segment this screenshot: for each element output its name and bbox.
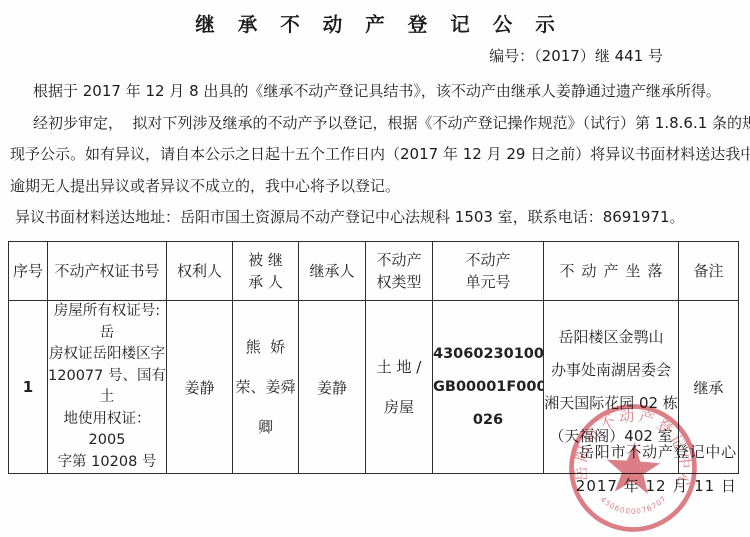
cell-right-holder: 姜静: [167, 301, 233, 474]
col-header-remark: 备注: [679, 242, 739, 301]
cell-decedent: 熊 娇 荣、姜舜 卿: [233, 301, 299, 474]
issue-date: 2017 年 12 月 11 日: [576, 475, 737, 496]
cell-unit-no: 430602301002 GB00001F00010 026: [433, 301, 544, 474]
cell-right-type: 土 地 / 房屋: [366, 301, 433, 474]
col-header-location: 不动产坐落: [544, 242, 679, 301]
col-header-unit-no: 不动产 单元号: [433, 242, 544, 301]
page-title: 继承不动产登记公示: [0, 10, 750, 40]
registration-table: 序号 不动产权证书号 权利人 被 继 承 人 继承人 不动产 权类型 不动产 单…: [8, 241, 739, 474]
document-number: 编号：（2017）继 441 号: [489, 44, 663, 68]
document-page: 继承不动产登记公示 编号：（2017）继 441 号 根据于 2017 年 12…: [0, 0, 750, 537]
body-line-1: 根据于 2017 年 12 月 8 出具的《继承不动产登记具结书》，该不动产由继…: [8, 76, 748, 108]
announcement-body: 根据于 2017 年 12 月 8 出具的《继承不动产登记具结书》，该不动产由继…: [8, 76, 748, 234]
col-header-right-holder: 权利人: [167, 242, 233, 301]
body-line-5: 异议书面材料送达地址：岳阳市国土资源局不动产登记中心法规科 1503 室，联系电…: [8, 202, 748, 234]
col-header-certificate-no: 不动产权证书号: [48, 242, 167, 301]
col-header-decedent: 被 继 承 人: [233, 242, 299, 301]
col-header-heir: 继承人: [299, 242, 366, 301]
col-header-right-type: 不动产 权类型: [366, 242, 433, 301]
body-line-4: 逾期无人提出异议或者异议不成立的，我中心将予以登记。: [8, 171, 748, 203]
cell-heir: 姜静: [299, 301, 366, 474]
cell-certificate-no: 房屋所有权证号:岳 房权证岳阳楼区字 120077 号、国有土 地使用权证：20…: [48, 301, 167, 474]
body-line-2: 经初步审定， 拟对下列涉及继承的不动产予以登记，根据《不动产登记操作规范》（试行…: [8, 108, 748, 140]
issuer-name: 岳阳市不动产登记中心: [579, 441, 737, 462]
col-header-serial: 序号: [9, 242, 48, 301]
body-line-3: 现予公示。如有异议，请自本公示之日起十五个工作日内（2017 年 12 月 29…: [8, 139, 748, 171]
cell-serial: 1: [9, 301, 48, 474]
table-header-row: 序号 不动产权证书号 权利人 被 继 承 人 继承人 不动产 权类型 不动产 单…: [9, 242, 739, 301]
